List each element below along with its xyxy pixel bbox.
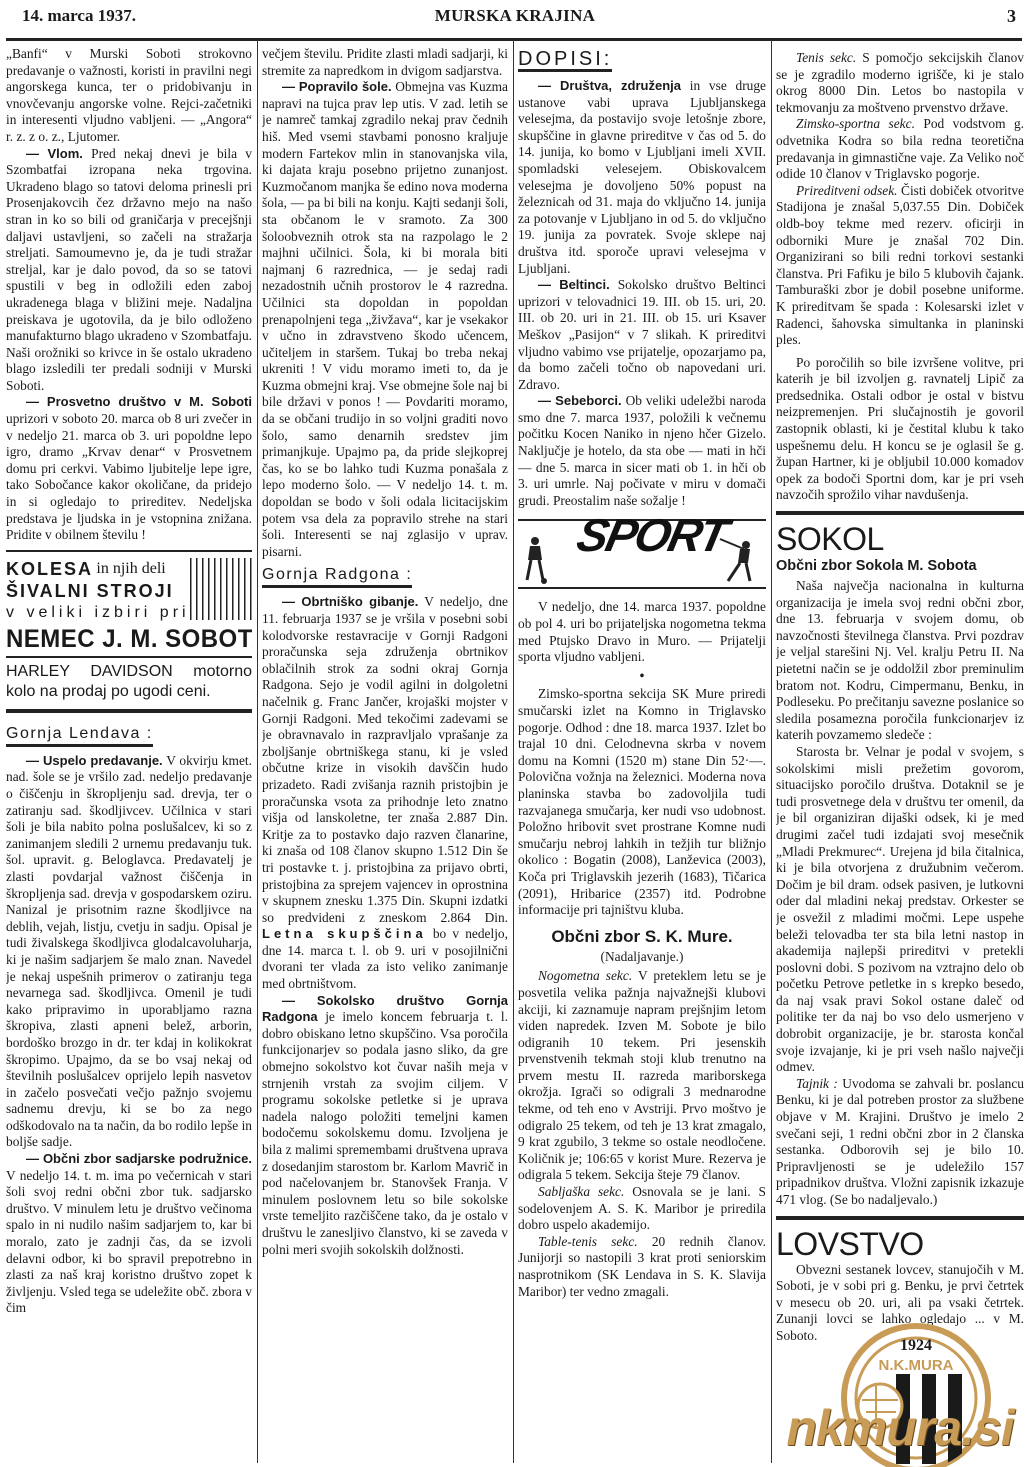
section-heading-dopisi: DOPISI: <box>518 50 612 72</box>
column-4: Tenis sekc. S pomočjo sekcijskih članov … <box>776 46 1024 1461</box>
page-number: 3 <box>1007 6 1016 27</box>
article-heading: — Uspelo predavanje. <box>26 753 163 768</box>
article-drustva: — Društva, združenja in vse druge ustano… <box>518 78 766 277</box>
article-subtitle: (Nadaljavanje.) <box>518 949 766 966</box>
article-heading: — Sebeborci. <box>538 393 622 408</box>
advertisement-nemec: KOLESA in njih deli ŠIVALNI STROJI v vel… <box>6 558 252 702</box>
article-vlom: — Vlom. Pred nekaj dnevi je bila v Szomb… <box>6 146 252 395</box>
article-sokolsko-drustvo: — Sokolsko društvo Gornja Radgona je ime… <box>262 993 508 1259</box>
section-heading-gornja-radgona: Gornja Radgona : <box>262 566 412 588</box>
article-tenis: Tenis sekc. S pomočjo sekcijskih članov … <box>776 50 1024 116</box>
article-heading: — Beltinci. <box>538 277 610 292</box>
article-prosvetno: — Prosvetno društvo v M. Soboti uprizori… <box>6 394 252 543</box>
divider <box>6 656 252 658</box>
article-title-obcni-zbor-mure: Občni zbor S. K. Mure. <box>518 927 766 947</box>
advertiser-name: NEMEC J. M. SOBOTA <box>6 624 242 654</box>
article-heading: — Obrtniško gibanje. <box>282 594 418 609</box>
article-continuation: večjem številu. Pridite zlasti mladi sad… <box>262 46 508 79</box>
svg-text:1924: 1924 <box>900 1337 932 1354</box>
article-angora: „Banfi“ v Murski Soboti strokovno predav… <box>6 46 252 146</box>
section-heading-gornja-lendava: Gornja Lendava : <box>6 725 153 747</box>
article-heading: — Vlom. <box>26 146 83 161</box>
article-zimsko-sekc: Zimsko-sportna sekc. Pod vodstvom g. odv… <box>776 116 1024 182</box>
article-heading: — Popravilo šole. <box>282 79 392 94</box>
divider <box>776 1216 1024 1220</box>
masthead-rule <box>6 38 1022 41</box>
masthead: 14. marca 1937. MURSKA KRAJINA 3 <box>0 0 1030 36</box>
article-nogometna: Nogometna sekc. V preteklem letu se je p… <box>518 968 766 1184</box>
column-divider <box>513 40 514 1463</box>
article-prireditveni: Prireditveni odsek. Čisti dobiček otvori… <box>776 183 1024 349</box>
article-sokol-p1: Naša največja nacionalna in kulturna org… <box>776 578 1024 744</box>
section-heading-lovstvo: LOVSTVO <box>776 1226 1024 1262</box>
article-sabljaska: Sabljaška sekc. Osnovala se je lani. S s… <box>518 1184 766 1234</box>
article-volitve: Po poročilih so bile izvršene volitve, p… <box>776 355 1024 504</box>
advertisement-harley: HARLEY DAVIDSON motorno kolo na prodaj p… <box>6 662 252 702</box>
article-tabletenis: Table-tenis sekc. 20 rednih članov. Juni… <box>518 1234 766 1300</box>
column-divider <box>771 40 772 1463</box>
article-sebeborci: — Sebeborci. Ob veliki udeležbi naroda s… <box>518 393 766 509</box>
article-heading: — Občni zbor sadjarske podružnice. <box>26 1151 252 1166</box>
article-obrtnisko-gibanje: — Obrtniško gibanje. V nedeljo, dne 11. … <box>262 594 508 992</box>
sport-title: SPORT <box>576 527 727 544</box>
footballer-icon <box>522 535 548 585</box>
stripes-decoration <box>190 558 252 620</box>
watermark-site-name: nkmura.si <box>770 1400 1030 1456</box>
column-2: večjem številu. Pridite zlasti mladi sad… <box>262 46 508 1461</box>
divider <box>6 550 252 552</box>
article-title-sokol: Občni zbor Sokola M. Sobota <box>776 557 1024 575</box>
article-zimsko-sportna: Zimsko-sportna sekcija SK Mure priredi s… <box>518 686 766 918</box>
separator-bullet: • <box>518 668 766 685</box>
newspaper-title: MURSKA KRAJINA <box>0 6 1030 26</box>
sport-banner: SPORT <box>518 527 766 589</box>
divider <box>6 709 252 713</box>
column-divider <box>257 40 258 1463</box>
svg-text:N.K.MURA: N.K.MURA <box>879 1357 954 1374</box>
article-uspelo-predavanje: — Uspelo predavanje. V okvirju kmet. nad… <box>6 753 252 1151</box>
divider <box>776 511 1024 515</box>
thrower-icon <box>718 535 758 585</box>
article-heading: — Prosvetno društvo v M. Soboti <box>26 394 252 409</box>
article-tajnik: Tajnik : Uvodoma se zahvali br. poslancu… <box>776 1076 1024 1209</box>
column-1: „Banfi“ v Murski Soboti strokovno predav… <box>6 46 252 1461</box>
article-sokol-p2: Starosta br. Velnar je podal v svojem, s… <box>776 744 1024 1076</box>
column-3: DOPISI: — Društva, združenja in vse drug… <box>518 46 766 1461</box>
article-popravilo-sole: — Popravilo šole. Obmejna vas Kuzma napr… <box>262 79 508 560</box>
article-beltinci: — Beltinci. Sokolsko društvo Beltinci up… <box>518 277 766 393</box>
article-obcni-zbor-sadjarske: — Občni zbor sadjarske podružnice. V ned… <box>6 1151 252 1317</box>
article-heading: — Društva, združenja <box>538 78 681 93</box>
article-tekma: V nedeljo, dne 14. marca 1937. popoldne … <box>518 599 766 665</box>
section-heading-sokol: SOKOL <box>776 521 1024 557</box>
